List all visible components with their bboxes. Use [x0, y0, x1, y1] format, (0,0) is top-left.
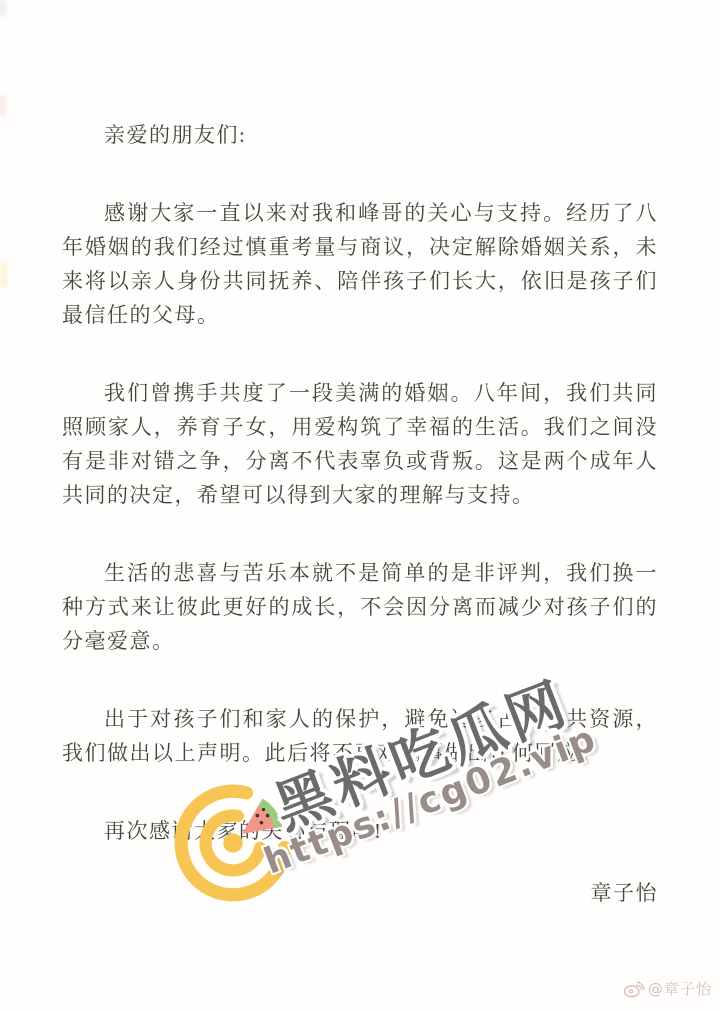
signature: 章子怡 — [62, 876, 658, 910]
paragraph-2: 我们曾携手共度了一段美满的婚姻。八年间，我们共同照顾家人，养育子女，用爱构筑了幸… — [62, 376, 658, 512]
closing-line: 再次感谢大家的关心与理解! — [62, 814, 658, 848]
paragraph-4: 出于对孩子们和家人的保护，避免过多占用公共资源，我们做出以上声明。此后将不再对此… — [62, 702, 658, 770]
paragraph-3: 生活的悲喜与苦乐本就不是简单的是非评判，我们换一种方式来让彼此更好的成长，不会因… — [62, 556, 658, 658]
edge-smudge — [0, 0, 5, 16]
statement-body: 亲爱的朋友们: 感谢大家一直以来对我和峰哥的关心与支持。经历了八年婚姻的我们经过… — [0, 0, 720, 910]
paragraph-1: 感谢大家一直以来对我和峰哥的关心与支持。经历了八年婚姻的我们经过慎重考量与商议，… — [62, 196, 658, 332]
corner-watermark: @章子怡 — [623, 978, 712, 999]
corner-handle: @章子怡 — [648, 978, 712, 999]
statement-page: 亲爱的朋友们: 感谢大家一直以来对我和峰哥的关心与支持。经历了八年婚姻的我们经过… — [0, 0, 720, 1011]
weibo-icon — [623, 980, 645, 998]
greeting-line: 亲爱的朋友们: — [62, 118, 658, 152]
edge-smudge — [0, 262, 7, 288]
edge-smudge — [0, 95, 5, 117]
